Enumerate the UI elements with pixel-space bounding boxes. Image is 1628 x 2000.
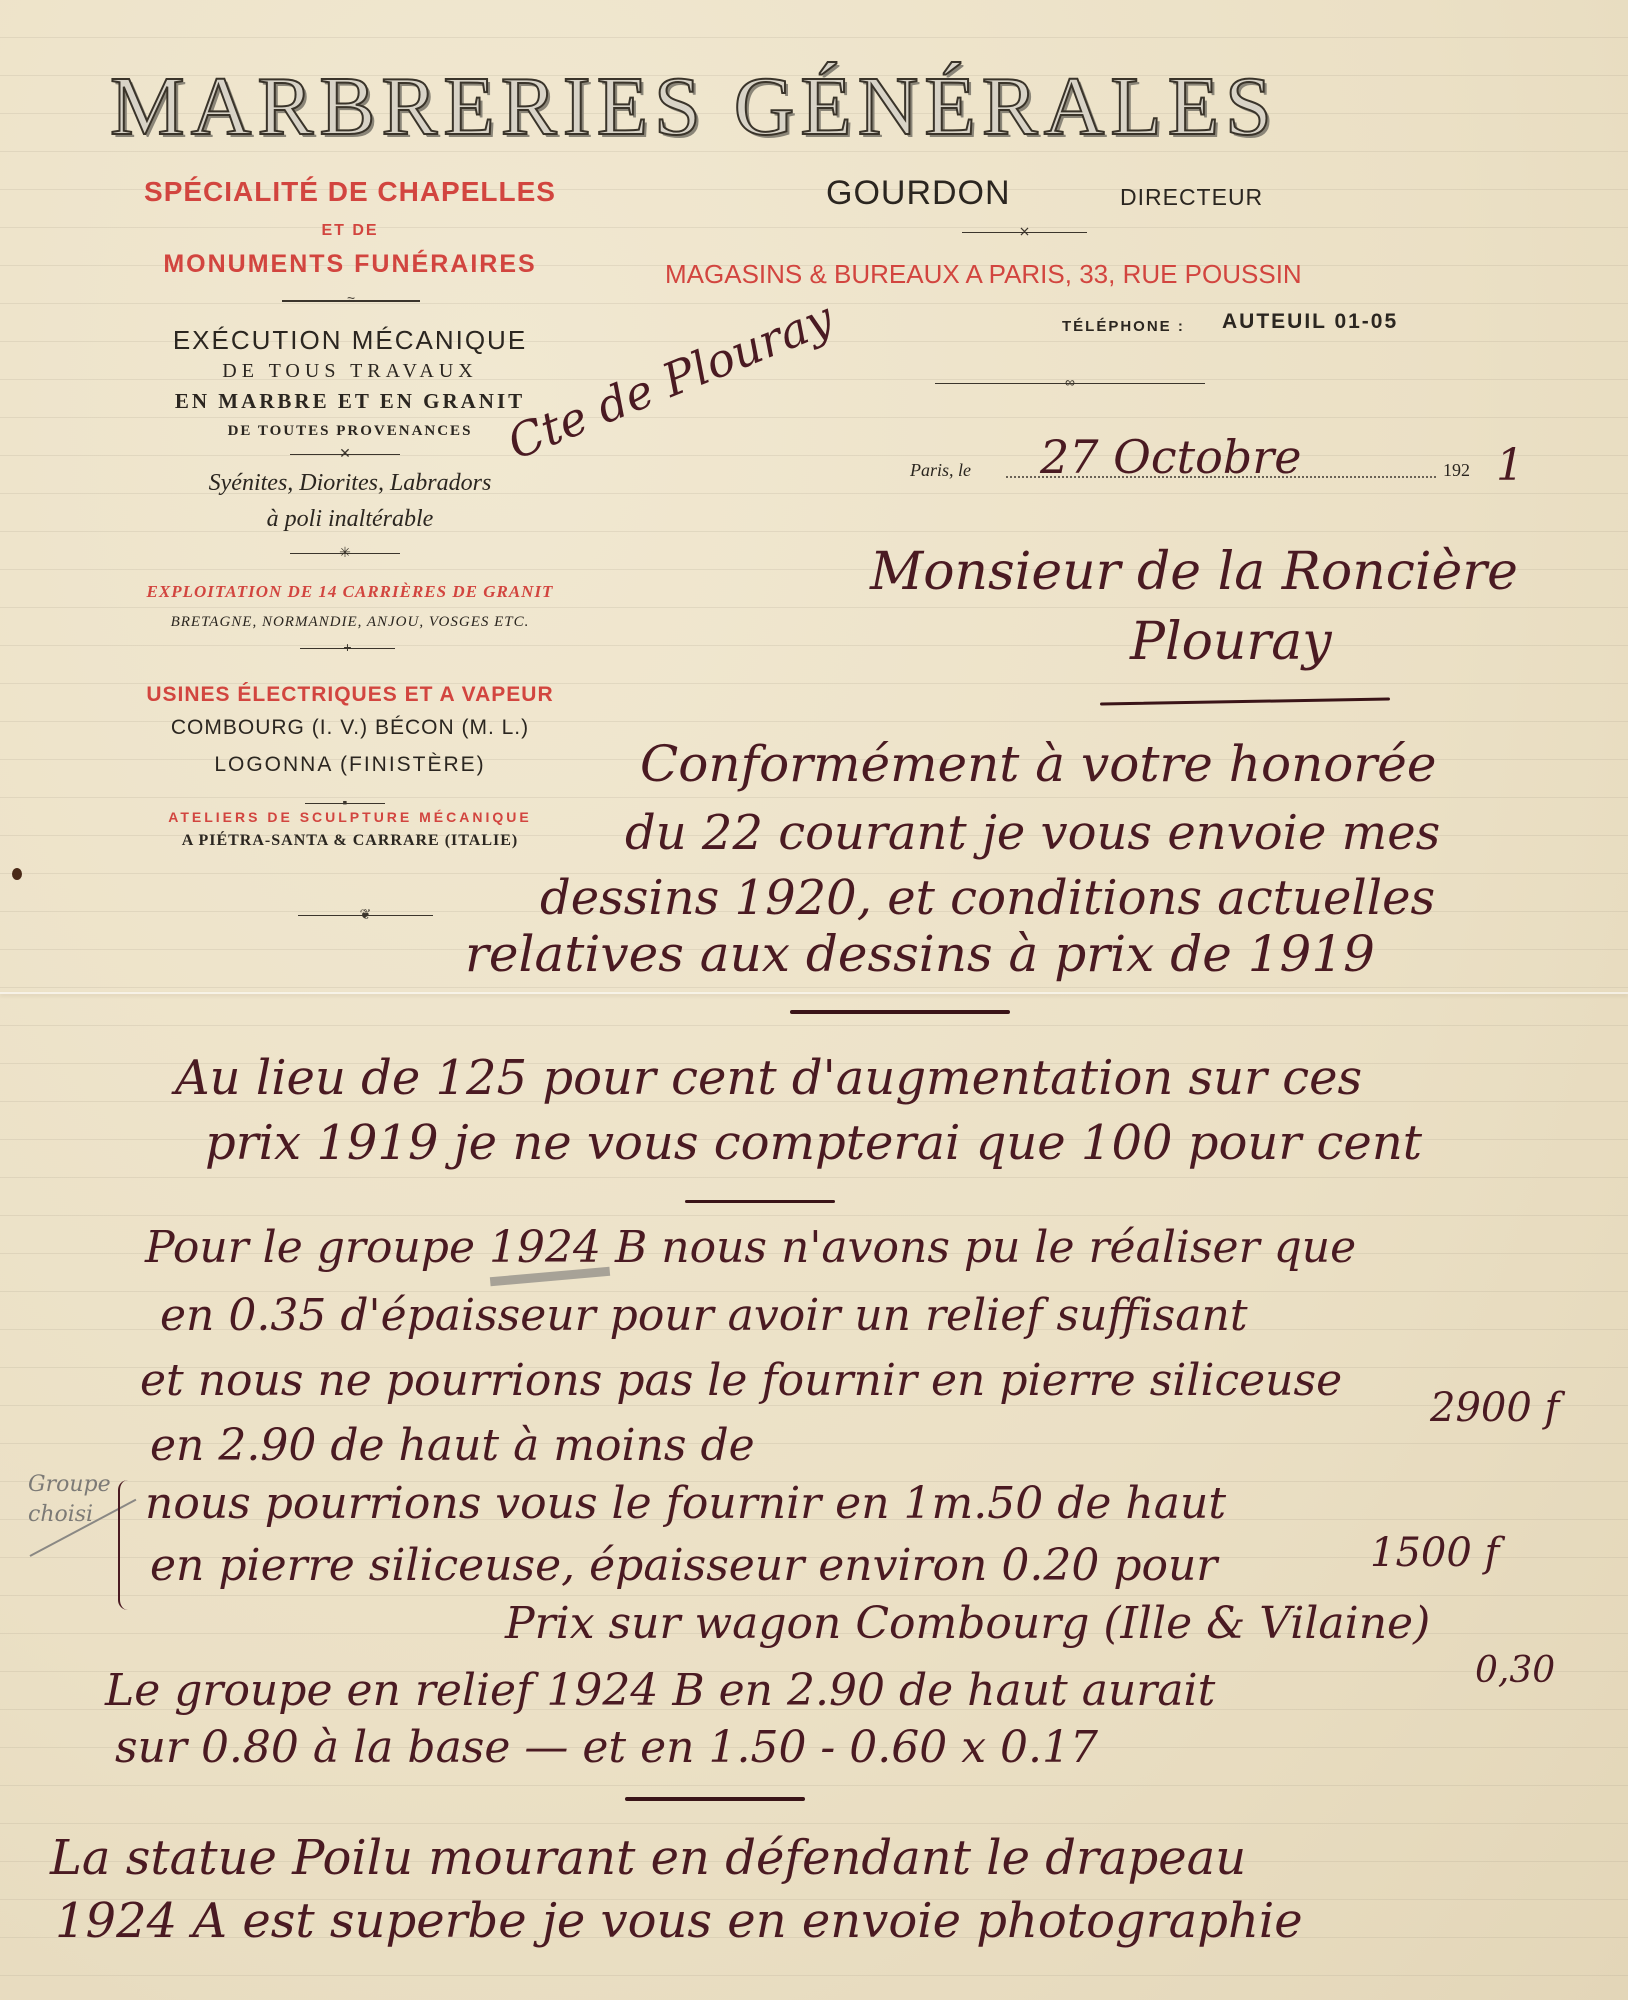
ornament-icon: ⨯: [1019, 223, 1031, 240]
ink-stain: [12, 868, 22, 880]
date-year-prefix: 192: [1443, 460, 1470, 481]
factories-line-1: USINES ÉLECTRIQUES ET A VAPEUR: [90, 683, 610, 707]
specialty-line-3: MONUMENTS FUNÉRAIRES: [90, 250, 610, 279]
ornament-icon: +: [343, 639, 351, 655]
paragraph-1-line-3: dessins 1920, et conditions actuelles: [540, 870, 1435, 926]
paragraph-3-line-8: Le groupe en relief 1924 B en 2.90 de ha…: [105, 1665, 1215, 1716]
ornament-divider: ∞: [935, 383, 1205, 384]
handwritten-date: 27 Octobre: [1040, 430, 1301, 484]
price-2900: 2900 f: [1430, 1385, 1559, 1431]
paragraph-3-line-2: en 0.35 d'épaisseur pour avoir un relief…: [160, 1290, 1248, 1341]
execution-line-1: EXÉCUTION MÉCANIQUE: [90, 325, 610, 356]
ornament-divider: ≈: [282, 300, 420, 302]
director-title: DIRECTEUR: [1120, 184, 1263, 211]
ornament-icon: ❦: [360, 906, 372, 923]
date-prefix: Paris, le: [910, 460, 971, 481]
telephone-label: TÉLÉPHONE :: [1062, 318, 1185, 335]
section-divider-stroke: [790, 1010, 1010, 1014]
quarries-line-2: BRETAGNE, NORMANDIE, ANJOU, VOSGES ETC.: [90, 614, 610, 631]
telephone-value: AUTEUIL 01-05: [1222, 310, 1398, 334]
paragraph-3-line-5: nous pourrions vous le fournir en 1m.50 …: [145, 1478, 1226, 1529]
paragraph-1-line-1: Conformément à votre honorée: [640, 735, 1436, 793]
paragraph-3-line-6: en pierre siliceuse, épaisseur environ 0…: [150, 1540, 1217, 1591]
factories-line-2: COMBOURG (I. V.) BÉCON (M. L.): [90, 716, 610, 740]
stones-line-2: à poli inaltérable: [90, 506, 610, 533]
execution-line-2: DE TOUS TRAVAUX: [90, 360, 610, 383]
section-divider-stroke: [685, 1200, 835, 1203]
ornament-divider: +: [300, 648, 395, 649]
ornament-divider: ❦: [298, 915, 433, 916]
paragraph-2-line-1: Au lieu de 125 pour cent d'augmentation …: [175, 1050, 1362, 1106]
ornament-icon: ✕: [339, 445, 351, 462]
paragraph-3-line-4: en 2.90 de haut à moins de: [150, 1420, 755, 1471]
director-name: GOURDON: [826, 174, 1011, 213]
ornament-divider: ⨯: [962, 232, 1087, 233]
paragraph-1-line-4: relatives aux dessins à prix de 1919: [465, 925, 1375, 983]
recipient-line-2: Plouray: [1130, 612, 1332, 672]
paragraph-1-line-2: du 22 courant je vous envoie mes: [625, 805, 1440, 861]
specialty-line-1: SPÉCIALITÉ DE CHAPELLES: [90, 176, 610, 208]
paragraph-3-line-1: Pour le groupe 1924 B nous n'avons pu le…: [145, 1222, 1356, 1273]
paragraph-4-line-2: 1924 A est superbe je vous en envoie pho…: [55, 1893, 1303, 1949]
ornament-icon: ✳: [339, 544, 351, 561]
workshops-line-2: A PIÉTRA-SANTA & CARRARE (ITALIE): [90, 832, 610, 850]
measure-0-30: 0,30: [1475, 1650, 1555, 1691]
handwritten-year-digit: 1: [1496, 440, 1524, 491]
ornament-icon: ∞: [1065, 374, 1075, 390]
paper-fold-crease: [0, 992, 1628, 994]
bracket-mark: [118, 1480, 140, 1610]
ornament-divider: ▪: [305, 803, 385, 804]
quarries-line-1: EXPLOITATION DE 14 CARRIÈRES DE GRANIT: [90, 582, 610, 602]
section-divider-stroke: [625, 1797, 805, 1801]
ornament-icon: ≈: [347, 291, 355, 307]
paragraph-2-line-2: prix 1919 je ne vous compterai que 100 p…: [205, 1115, 1422, 1171]
paragraph-4-line-1: La statue Poilu mourant en défendant le …: [50, 1830, 1246, 1886]
specialty-line-2: ET DE: [90, 222, 610, 240]
stones-line-1: Syénites, Diorites, Labradors: [90, 470, 610, 497]
ornament-divider: ✕: [290, 454, 400, 455]
company-name: MARBRERIES GÉNÉRALES: [110, 58, 1490, 155]
workshops-line-1: ATELIERS DE SCULPTURE MÉCANIQUE: [90, 809, 610, 825]
address: MAGASINS & BUREAUX A PARIS, 33, RUE POUS…: [665, 259, 1302, 290]
recipient-line-1: Monsieur de la Roncière: [870, 542, 1518, 602]
ornament-divider: ✳: [290, 553, 400, 554]
paragraph-3-line-3: et nous ne pourrions pas le fournir en p…: [140, 1355, 1342, 1406]
paragraph-3-line-7: Prix sur wagon Combourg (Ille & Vilaine): [505, 1598, 1430, 1649]
ornament-icon: ▪: [343, 794, 348, 810]
paragraph-3-line-9: sur 0.80 à la base — et en 1.50 - 0.60 x…: [115, 1722, 1098, 1773]
price-1500: 1500 f: [1370, 1530, 1499, 1576]
factories-line-3: LOGONNA (FINISTÈRE): [90, 753, 610, 777]
